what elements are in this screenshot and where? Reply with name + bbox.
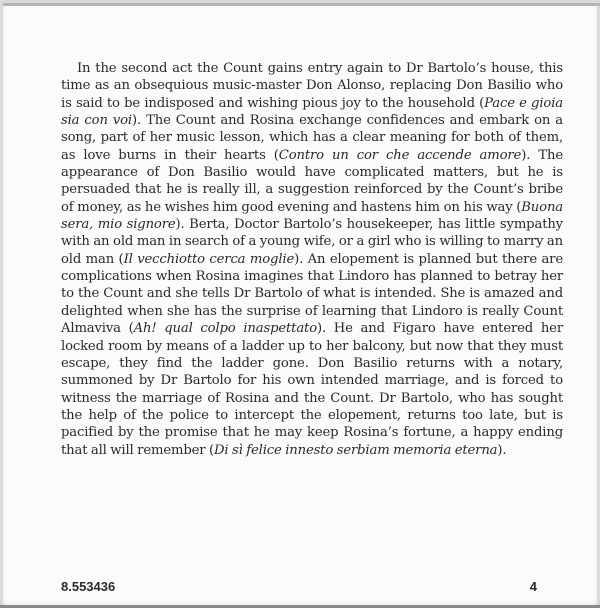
text-run: ). xyxy=(497,443,506,458)
aria-title: Il vecchiotto cerca moglie xyxy=(124,252,295,267)
booklet-page: In the second act the Count gains entry … xyxy=(3,3,597,605)
synopsis-paragraph: In the second act the Count gains entry … xyxy=(61,60,563,459)
aria-title: Ah! qual colpo inaspettato xyxy=(134,321,317,336)
text-run: ). He and Figaro have entered her locked… xyxy=(61,321,563,457)
aria-title: Di sì felice innesto serbiam memoria ete… xyxy=(214,443,497,458)
aria-title: Contro un cor che accende amore xyxy=(279,148,521,163)
catalogue-number: 8.553436 xyxy=(61,579,115,594)
page-number: 4 xyxy=(530,579,537,594)
scan-top-edge xyxy=(3,3,600,6)
